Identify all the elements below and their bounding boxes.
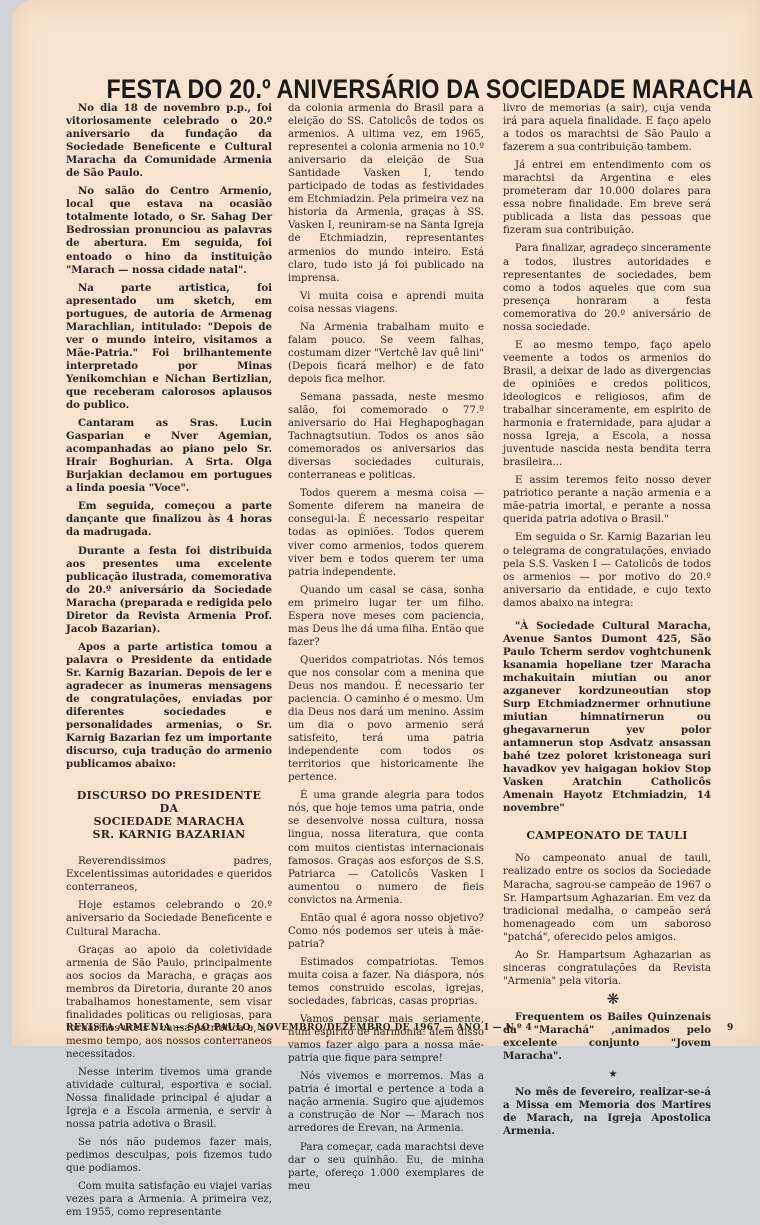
speech-paragraph: da colonia armenia do Brasil para a elei…: [288, 102, 484, 285]
article-title: FESTA DO 20.º ANIVERSÁRIO DA SOCIEDADE M…: [106, 74, 677, 105]
speech-paragraph: Para finalizar, agradeço sinceramente a …: [503, 242, 711, 333]
intro-paragraph: Na parte artistica, foi apresentado um s…: [66, 282, 272, 412]
asterism-divider-icon: ❋: [503, 993, 711, 1006]
speech-paragraph: Reverendissimos padres, Excelentissimas …: [66, 855, 272, 894]
column-right: livro de memorias (a sair), cuja venda i…: [503, 102, 711, 1046]
speech-paragraph: E assim teremos feito nosso dever patrio…: [503, 474, 711, 526]
intro-paragraph: No dia 18 de novembro p.p., foi vitorios…: [66, 102, 272, 180]
speech-paragraph: Em seguida o Sr. Karnig Bazarian leu o t…: [503, 531, 711, 609]
speech-paragraph: livro de memorias (a sair), cuja venda i…: [503, 102, 711, 154]
speech-paragraph: E ao mesmo tempo, faço apelo veemente a …: [503, 339, 711, 469]
intro-paragraph: Durante a festa foi distribuida aos pres…: [66, 545, 272, 636]
column-middle: da colonia armenia do Brasil para a elei…: [288, 102, 484, 1046]
footer-masthead: REVISTA ARMENIA — SAO PAULO, NOVEMBRO/DE…: [66, 1023, 736, 1033]
speech-paragraph: Hoje estamos celebrando o 20.º aniversar…: [66, 899, 272, 938]
intro-paragraph: Apos a parte artistica tomou a palavra o…: [66, 641, 272, 771]
speech-heading-line: DISCURSO DO PRESIDENTE DA: [66, 789, 272, 815]
intro-paragraph: Em seguida, começou a parte dançante que…: [66, 500, 272, 539]
speech-paragraph: É uma grande alegria para todos nós, que…: [288, 789, 484, 906]
speech-paragraph: Então qual é agora nosso objetivo? Como …: [288, 912, 484, 951]
speech-paragraph: Vi muita coisa e aprendi muita coisa nes…: [288, 290, 484, 316]
speech-paragraph: Queridos compatriotas. Nós temos que nos…: [288, 654, 484, 784]
tauli-paragraph: No campeonato anual de tauli, realizado …: [503, 852, 711, 943]
tauli-heading: CAMPEONATO DE TAULI: [503, 829, 711, 842]
column-left: No dia 18 de novembro p.p., foi vitorios…: [66, 102, 272, 1046]
speech-heading-line: SOCIEDADE MARACHA: [66, 815, 272, 828]
speech-paragraph: Estimados compatriotas. Temos muita cois…: [288, 956, 484, 1008]
tauli-paragraph: Ao Sr. Hampartsum Aghazarian as sinceras…: [503, 949, 711, 988]
speech-part-1: Reverendissimos padres, Excelentissimas …: [66, 855, 272, 1046]
speech-paragraph: Semana passada, neste mesmo salão, foi c…: [288, 391, 484, 482]
speech-heading: DISCURSO DO PRESIDENTE DA SOCIEDADE MARA…: [66, 789, 272, 841]
speech-heading-line: SR. KARNIG BAZARIAN: [66, 828, 272, 841]
intro-paragraph: No salão do Centro Armenio, local que es…: [66, 185, 272, 276]
speech-paragraph: Todos querem a mesma coisa — Somente dif…: [288, 487, 484, 578]
telegram-text: "À Sociedade Cultural Maracha, Avenue Sa…: [503, 620, 711, 816]
intro-paragraph: Cantaram as Sras. Lucin Gasparian e Nver…: [66, 417, 272, 495]
speech-paragraph: Já entrei em entendimento com os maracht…: [503, 159, 711, 237]
page-number: 9: [727, 1023, 733, 1033]
speech-paragraph: Na Armenia trabalham muito e falam pouco…: [288, 321, 484, 386]
speech-paragraph: Quando um casal se casa, sonha em primei…: [288, 584, 484, 649]
